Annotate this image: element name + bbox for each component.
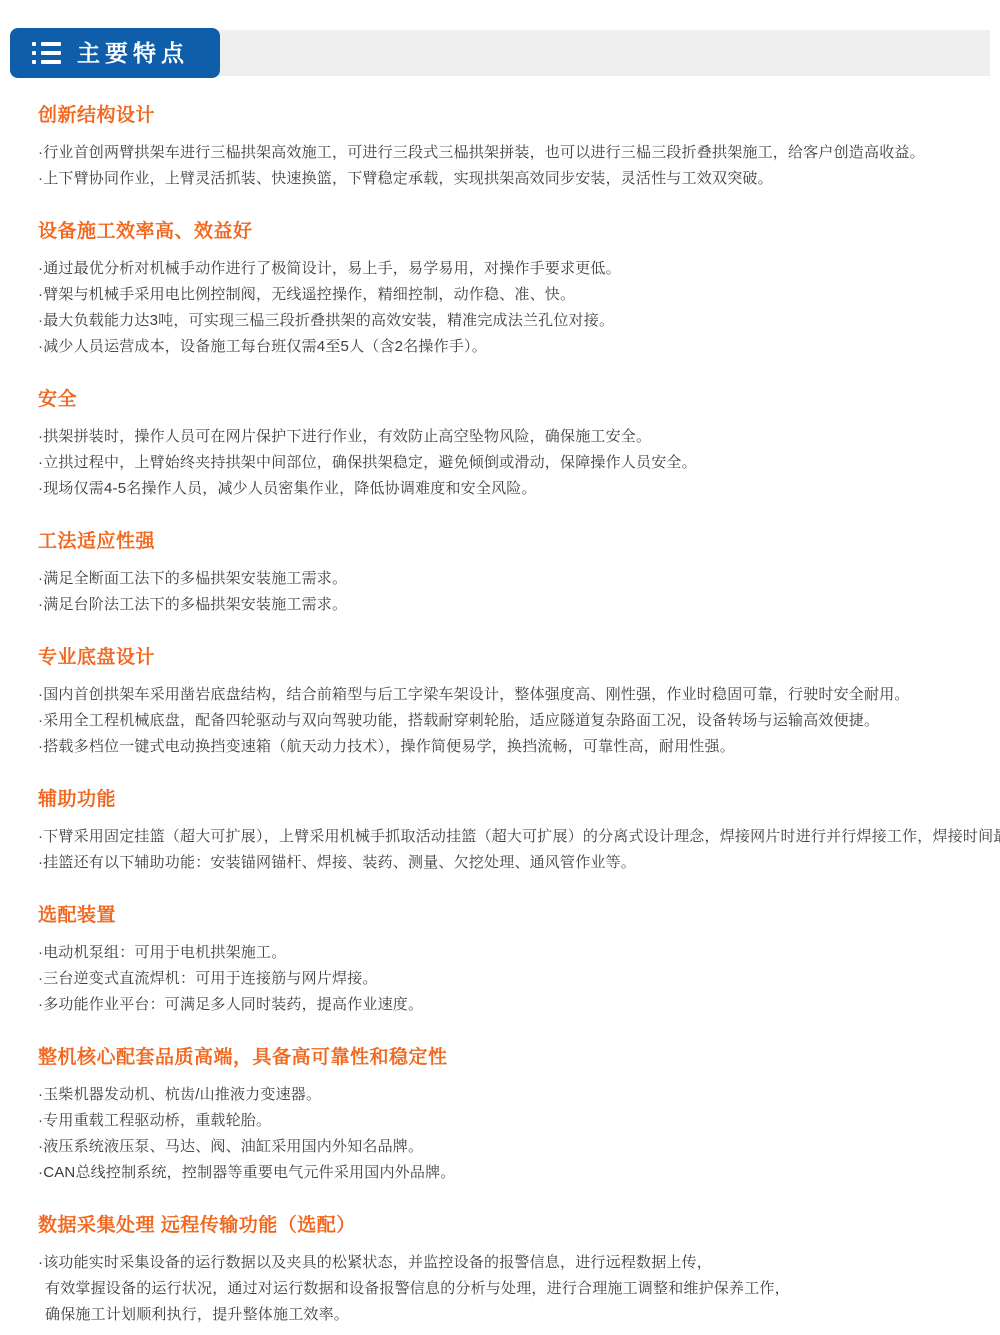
feature-line: ·下臂采用固定挂篮（超大可扩展），上臂采用机械手抓取活动挂篮（超大可扩展）的分离… [38,824,990,850]
feature-section: 安全·拱架拼装时，操作人员可在网片保护下进行作业，有效防止高空坠物风险，确保施工… [38,388,990,502]
section-title: 工法适应性强 [38,530,990,554]
page-header: 主要特点 [0,28,1000,78]
feature-line: ·立拱过程中，上臂始终夹持拱架中间部位，确保拱架稳定，避免倾倒或滑动，保障操作人… [38,450,990,476]
feature-line: ·通过最优分析对机械手动作进行了极简设计，易上手，易学易用，对操作手要求更低。 [38,256,990,282]
feature-section: 专业底盘设计·国内首创拱架车采用凿岩底盘结构，结合前箱型与后工字梁车架设计，整体… [38,646,990,760]
section-title: 设备施工效率高、效益好 [38,220,990,244]
feature-line: ·满足台阶法工法下的多榀拱架安装施工需求。 [38,592,990,618]
feature-line: ·挂篮还有以下辅助功能：安装锚网锚杆、焊接、装药、测量、欠挖处理、通风管作业等。 [38,850,990,876]
feature-line: ·搭载多档位一键式电动换挡变速箱（航天动力技术），操作简便易学，换挡流畅，可靠性… [38,734,990,760]
feature-section: 工法适应性强·满足全断面工法下的多榀拱架安装施工需求。·满足台阶法工法下的多榀拱… [38,530,990,618]
feature-line: ·CAN总线控制系统，控制器等重要电气元件采用国内外品牌。 [38,1160,990,1186]
section-title: 整机核心配套品质高端，具备高可靠性和稳定性 [38,1046,990,1070]
header-title-banner: 主要特点 [10,28,220,78]
feature-line: ·现场仅需4-5名操作人员，减少人员密集作业，降低协调难度和安全风险。 [38,476,990,502]
feature-section: 创新结构设计·行业首创两臂拱架车进行三榀拱架高效施工，可进行三段式三榀拱架拼装，… [38,104,990,192]
feature-line: ·臂架与机械手采用电比例控制阀，无线遥控操作，精细控制，动作稳、准、快。 [38,282,990,308]
feature-section: 辅助功能·下臂采用固定挂篮（超大可扩展），上臂采用机械手抓取活动挂篮（超大可扩展… [38,788,990,876]
feature-line: ·该功能实时采集设备的运行数据以及夹具的松紧状态，并监控设备的报警信息，进行远程… [38,1250,990,1276]
section-title: 数据采集处理 远程传输功能（选配） [38,1214,990,1238]
feature-line: ·国内首创拱架车采用凿岩底盘结构，结合前箱型与后工字梁车架设计，整体强度高、刚性… [38,682,990,708]
feature-line: ·玉柴机器发动机、杭齿/山推液力变速器。 [38,1082,990,1108]
feature-line: ·多功能作业平台：可满足多人同时装药，提高作业速度。 [38,992,990,1018]
feature-line: 确保施工计划顺利执行，提升整体施工效率。 [38,1302,990,1328]
sections: 创新结构设计·行业首创两臂拱架车进行三榀拱架高效施工，可进行三段式三榀拱架拼装，… [0,104,1000,1328]
feature-section: 整机核心配套品质高端，具备高可靠性和稳定性·玉柴机器发动机、杭齿/山推液力变速器… [38,1046,990,1186]
feature-line: 有效掌握设备的运行状况，通过对运行数据和设备报警信息的分析与处理，进行合理施工调… [38,1276,990,1302]
feature-line: ·减少人员运营成本，设备施工每台班仅需4至5人（含2名操作手）。 [38,334,990,360]
section-title: 辅助功能 [38,788,990,812]
list-icon [32,42,61,64]
feature-line: ·满足全断面工法下的多榀拱架安装施工需求。 [38,566,990,592]
feature-section: 数据采集处理 远程传输功能（选配）·该功能实时采集设备的运行数据以及夹具的松紧状… [38,1214,990,1328]
feature-line: ·三台逆变式直流焊机：可用于连接筋与网片焊接。 [38,966,990,992]
feature-line: ·上下臂协同作业，上臂灵活抓装、快速换篮，下臂稳定承载，实现拱架高效同步安装，灵… [38,166,990,192]
feature-line: ·电动机泵组：可用于电机拱架施工。 [38,940,990,966]
page-title: 主要特点 [77,28,189,78]
feature-section: 设备施工效率高、效益好·通过最优分析对机械手动作进行了极简设计，易上手，易学易用… [38,220,990,360]
section-title: 创新结构设计 [38,104,990,128]
feature-line: ·专用重载工程驱动桥，重载轮胎。 [38,1108,990,1134]
feature-line: ·液压系统液压泵、马达、阀、油缸采用国内外知名品牌。 [38,1134,990,1160]
section-title: 安全 [38,388,990,412]
feature-line: ·拱架拼装时，操作人员可在网片保护下进行作业，有效防止高空坠物风险，确保施工安全… [38,424,990,450]
feature-line: ·采用全工程机械底盘，配备四轮驱动与双向驾驶功能，搭载耐穿刺轮胎，适应隧道复杂路… [38,708,990,734]
section-title: 选配装置 [38,904,990,928]
section-title: 专业底盘设计 [38,646,990,670]
feature-section: 选配装置·电动机泵组：可用于电机拱架施工。·三台逆变式直流焊机：可用于连接筋与网… [38,904,990,1018]
feature-line: ·最大负载能力达3吨，可实现三榀三段折叠拱架的高效安装，精准完成法兰孔位对接。 [38,308,990,334]
feature-line: ·行业首创两臂拱架车进行三榀拱架高效施工，可进行三段式三榀拱架拼装，也可以进行三… [38,140,990,166]
